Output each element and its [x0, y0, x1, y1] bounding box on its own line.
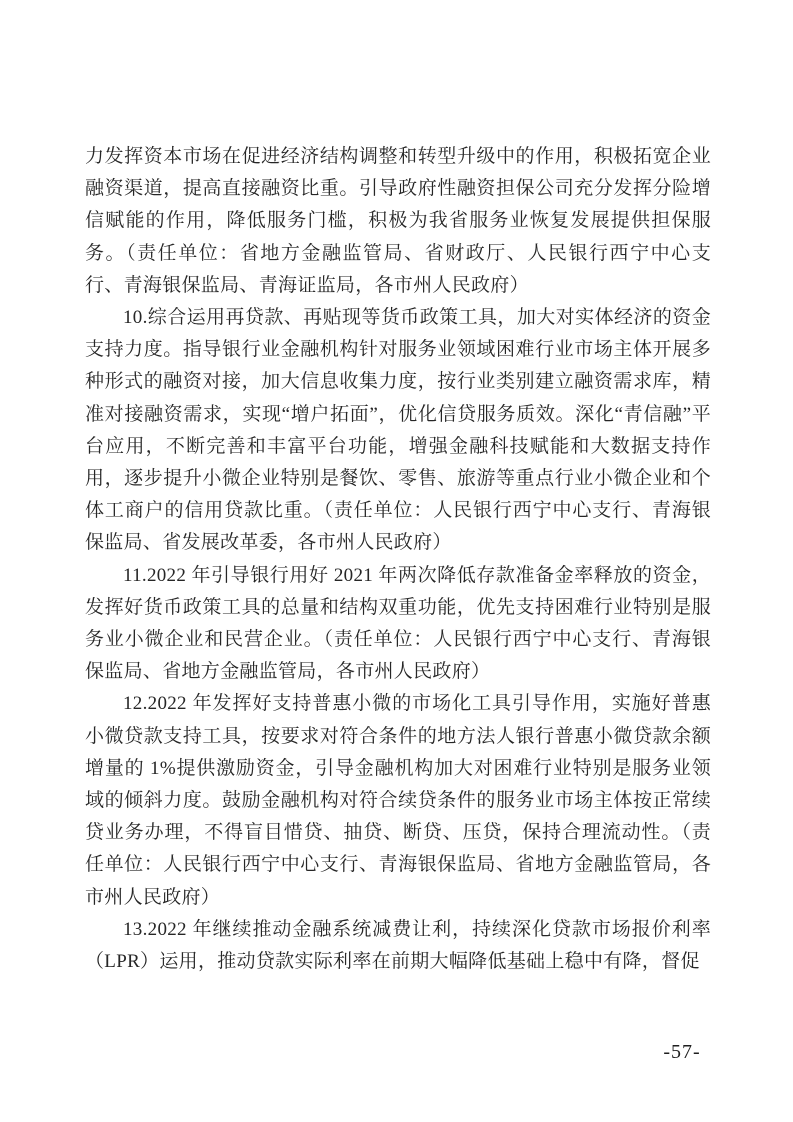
paragraph-item-12: 12.2022 年发挥好支持普惠小微的市场化工具引导作用，实施好普惠小微贷款支持…: [85, 688, 711, 913]
paragraph-continuation: 力发挥资本市场在促进经济结构调整和转型升级中的作用，积极拓宽企业融资渠道，提高直…: [85, 141, 711, 302]
page-number: -57-: [652, 1040, 712, 1064]
paragraph-item-10: 10.综合运用再贷款、再贴现等货币政策工具，加大对实体经济的资金支持力度。指导银…: [85, 302, 711, 560]
document-page: 力发挥资本市场在促进经济结构调整和转型升级中的作用，积极拓宽企业融资渠道，提高直…: [0, 0, 793, 1122]
paragraph-item-11: 11.2022 年引导银行用好 2021 年两次降低存款准备金率释放的资金，发挥…: [85, 560, 711, 689]
document-body: 力发挥资本市场在促进经济结构调整和转型升级中的作用，积极拓宽企业融资渠道，提高直…: [85, 141, 711, 978]
paragraph-item-13: 13.2022 年继续推动金融系统减费让利，持续深化贷款市场报价利率（LPR）运…: [85, 914, 711, 978]
